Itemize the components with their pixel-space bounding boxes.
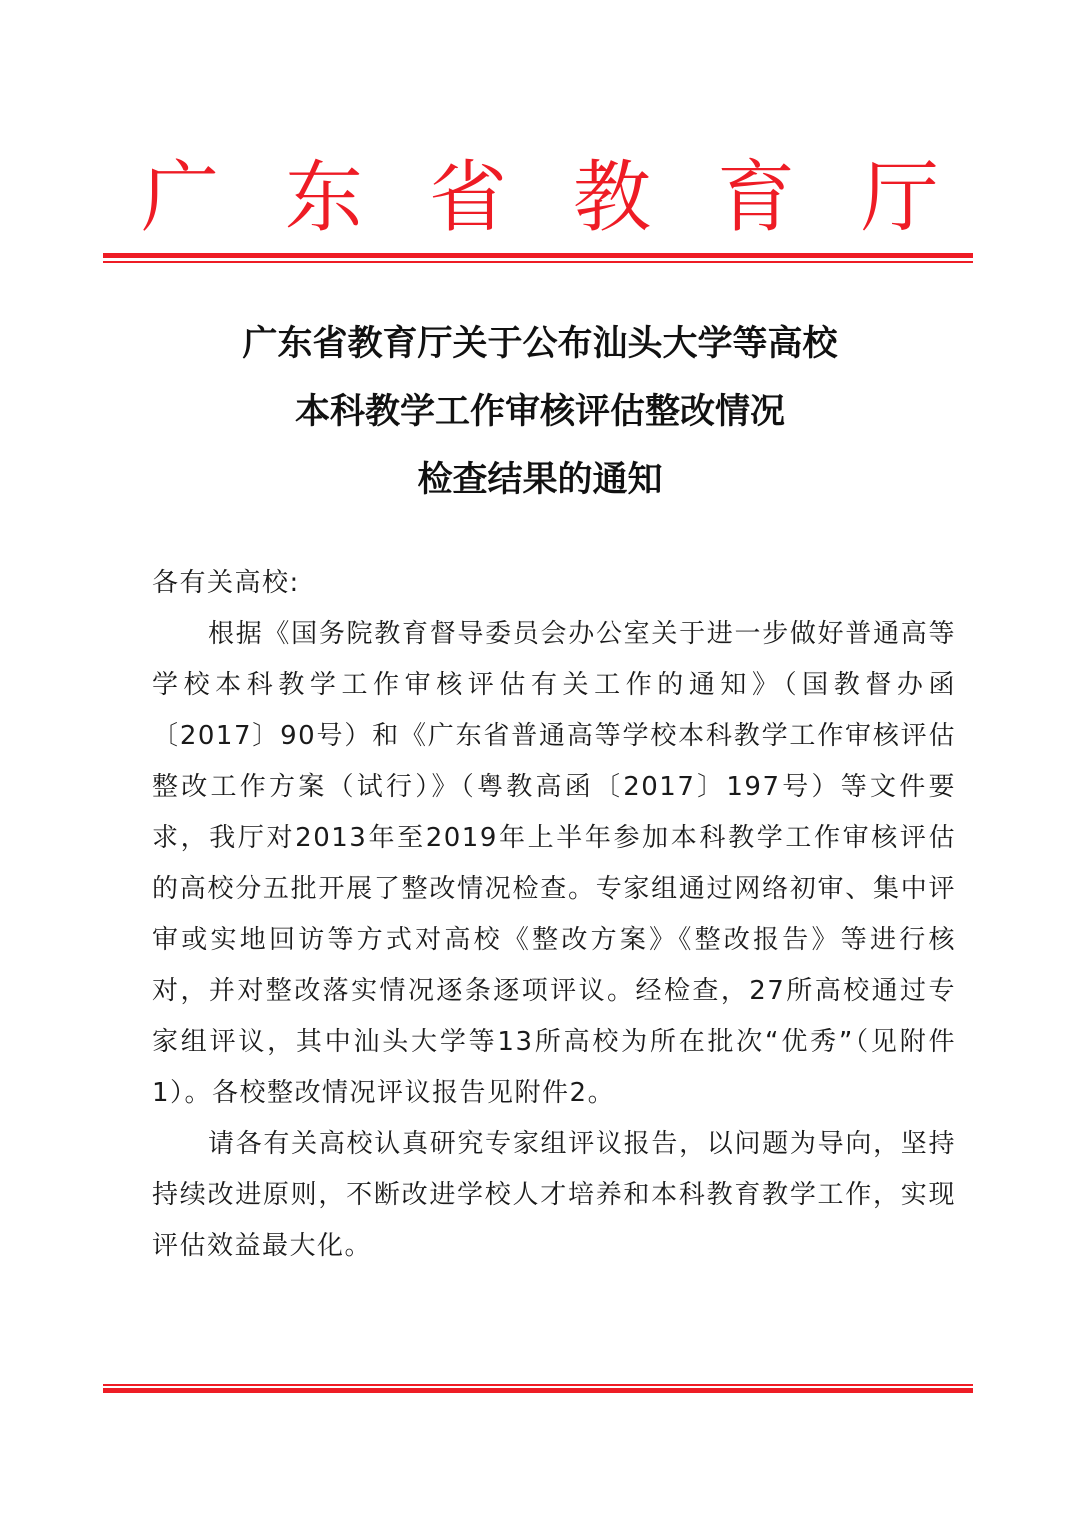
letterhead-char: 省 xyxy=(423,159,513,237)
title-line: 本科教学工作审核评估整改情况 xyxy=(100,378,980,446)
title-line: 检查结果的通知 xyxy=(100,446,980,514)
document-body: 各有关高校: 根据《国务院教育督导委员会办公室关于进一步做好普通高等学校本科教学… xyxy=(152,558,956,1272)
letterhead-divider-thin xyxy=(103,261,973,263)
body-paragraph: 根据《国务院教育督导委员会办公室关于进一步做好普通高等学校本科教学工作审核评估有… xyxy=(152,609,956,1119)
letterhead-divider-thick xyxy=(103,253,973,258)
letterhead-char: 东 xyxy=(279,159,369,237)
letterhead-char: 广 xyxy=(135,159,225,237)
letterhead-char: 教 xyxy=(567,159,657,237)
letterhead-char: 厅 xyxy=(855,159,945,237)
letterhead-title: 广 东 省 教 育 厅 xyxy=(135,150,945,245)
title-line: 广东省教育厅关于公布汕头大学等高校 xyxy=(100,310,980,378)
letterhead-char: 育 xyxy=(711,159,801,237)
body-paragraph: 请各有关高校认真研究专家组评议报告，以问题为导向，坚持持续改进原则，不断改进学校… xyxy=(152,1119,956,1272)
footer-divider-thin xyxy=(103,1384,973,1386)
document-title: 广东省教育厅关于公布汕头大学等高校 本科教学工作审核评估整改情况 检查结果的通知 xyxy=(100,310,980,514)
salutation: 各有关高校: xyxy=(152,558,956,609)
footer-divider-thick xyxy=(103,1388,973,1393)
